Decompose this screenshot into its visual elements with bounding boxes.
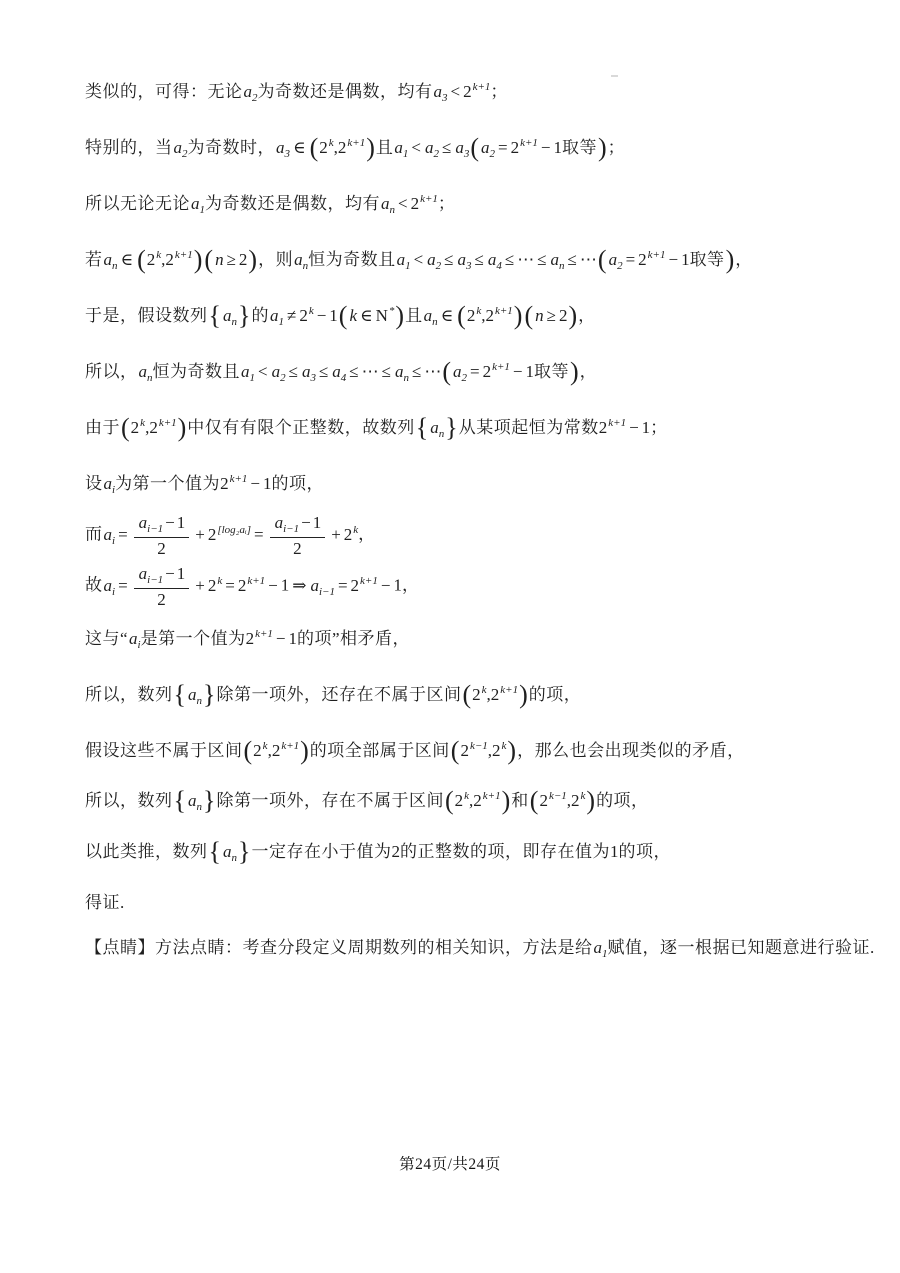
math-variable: k <box>348 306 357 325</box>
math-number: 1 <box>177 564 186 583</box>
math-variable: ai−1 <box>274 513 299 532</box>
cjk-text: 除第一项外，存在不属于区间 <box>216 791 444 810</box>
math-variable: an <box>187 685 202 704</box>
cjk-text: 以此类推，数列 <box>85 842 208 861</box>
math-operator: ≥ <box>227 250 236 269</box>
math-variable: ai−1 <box>138 564 163 583</box>
math-variable: ai <box>128 629 141 648</box>
superscript: k+1 <box>483 790 501 802</box>
cjk-text: ， <box>735 250 753 269</box>
math-variable: n <box>214 250 224 269</box>
cjk-text: 恒为奇数且 <box>308 250 396 269</box>
cjk-text: 为奇数时， <box>188 138 276 157</box>
math-operator: ∈ <box>360 306 373 325</box>
math-operator: = <box>118 525 128 544</box>
superscript: [log₂aᵢ] <box>217 524 251 536</box>
paren: ) <box>299 736 310 765</box>
math-variable: a3 <box>275 138 290 157</box>
paren: ) <box>193 245 204 274</box>
solution-line-12: 所以，数列{an}除第一项外，还存在不属于区间(2k,2k+1)的项， <box>85 679 877 712</box>
superscript: k <box>217 575 222 587</box>
math-number: 2k+1 <box>149 418 176 437</box>
math-operator: ≤ <box>412 362 421 381</box>
paren: ) <box>501 786 512 815</box>
brace: { <box>415 413 429 442</box>
math-number: 2k+1 <box>238 576 265 595</box>
cjk-text: 特别的，当 <box>85 138 173 157</box>
math-operator: < <box>398 194 408 213</box>
math-number: 2k+1 <box>491 685 518 704</box>
cjk-text: 由于 <box>85 418 120 437</box>
math-operator: − <box>165 513 175 532</box>
math-number: 2k−1 <box>460 741 487 760</box>
math-number: 2 <box>391 842 400 861</box>
math-number: ⋯ <box>424 362 441 381</box>
math-operator: − <box>668 250 678 269</box>
cjk-text: 这与“ <box>85 629 128 648</box>
brace: { <box>173 786 187 815</box>
brace: } <box>237 837 251 866</box>
math-number: 2k <box>208 576 222 595</box>
math-operator: ≤ <box>349 362 358 381</box>
math-variable: ai−1 <box>138 513 163 532</box>
subscript: 3 <box>466 260 472 272</box>
math-variable: a2 <box>173 138 188 157</box>
math-variable: an <box>222 306 237 325</box>
math-operator: + <box>195 576 205 595</box>
math-number: 1 <box>289 629 298 648</box>
paren: ) <box>585 786 596 815</box>
cjk-text: 所以， <box>85 362 138 381</box>
solution-line-5: 于是，假设数列{an}的a1≠2k−1(k∈N*)且an∈(2k,2k+1)(n… <box>85 300 877 333</box>
math-variable: an <box>138 362 153 381</box>
math-number: 2k+1 <box>272 741 299 760</box>
cjk-text: 的 <box>251 306 269 325</box>
brace: { <box>208 837 222 866</box>
math-operator: ≤ <box>568 250 577 269</box>
math-number: 2k <box>467 306 481 325</box>
solution-line-4: 若an∈(2k,2k+1)(n≥2)，则an恒为奇数且a1<a2≤a3≤a4≤⋯… <box>85 244 877 277</box>
math-variable: a1 <box>593 938 608 957</box>
subscript: 4 <box>496 260 502 272</box>
math-number: 1 <box>554 138 563 157</box>
cjk-text: 取等 <box>562 138 597 157</box>
cjk-text: 赋值，逐一根据已知题意进行验证. <box>608 938 875 957</box>
math-variable: an <box>394 362 409 381</box>
math-operator: ≤ <box>537 250 546 269</box>
cjk-text: 而 <box>85 525 103 544</box>
fraction-numerator: ai−1−1 <box>270 513 326 538</box>
math-number: 2 <box>157 590 166 609</box>
math-number: 2k+1 <box>351 576 378 595</box>
cjk-text: 所以无论无论 <box>85 194 190 213</box>
brace: { <box>173 680 187 709</box>
subscript: 1 <box>405 260 411 272</box>
math-number: 2k <box>571 791 585 810</box>
math-operator: ⇒ <box>292 576 306 595</box>
superscript: k+1 <box>492 361 510 373</box>
solution-line-13: 假设这些不属于区间(2k,2k+1)的项全部属于区间(2k−1,2k)，那么也会… <box>85 735 877 762</box>
cjk-text: ，那么也会出现类似的矛盾， <box>517 741 745 760</box>
math-variable: an <box>293 250 308 269</box>
subscript: 2 <box>490 148 496 160</box>
cjk-text: 类似的，可得：无论 <box>85 82 243 101</box>
paren: ( <box>243 736 254 765</box>
superscript: k <box>309 305 314 317</box>
math-variable: a3 <box>433 82 448 101</box>
math-number: 2k+1 <box>246 629 273 648</box>
math-number: 1 <box>393 576 402 595</box>
cjk-text: 的项， <box>271 474 324 493</box>
math-variable: a2 <box>608 250 623 269</box>
math-operator: < <box>414 250 424 269</box>
paren: ( <box>456 301 467 330</box>
paren: ( <box>461 680 472 709</box>
cjk-text: 所以，数列 <box>85 685 173 704</box>
fraction: ai−1−12 <box>270 513 326 558</box>
cjk-text: 除第一项外，还存在不属于区间 <box>216 685 461 704</box>
superscript: k+1 <box>495 305 513 317</box>
math-number: ⋯ <box>362 362 379 381</box>
math-number: 2k+1 <box>411 194 438 213</box>
paren: ( <box>444 786 455 815</box>
math-variable: a4 <box>487 250 502 269</box>
math-number: 2k−1 <box>539 791 566 810</box>
cjk-text: 【点睛】方法点睛：考查分段定义周期数列的相关知识，方法是给 <box>85 938 593 957</box>
subscript: 3 <box>310 372 316 384</box>
cjk-text: ， <box>578 306 596 325</box>
superscript: k+1 <box>347 137 365 149</box>
math-variable: ai <box>103 525 116 544</box>
subscript: i−1 <box>147 523 163 535</box>
math-number: 1 <box>681 250 690 269</box>
math-variable: ai <box>103 474 116 493</box>
math-operator: = <box>338 576 348 595</box>
cjk-text: ； <box>650 418 668 437</box>
brace: } <box>237 301 251 330</box>
subscript: 4 <box>341 372 347 384</box>
paren: ) <box>518 680 529 709</box>
cjk-text: 假设这些不属于区间 <box>85 741 243 760</box>
math-operator: + <box>331 525 341 544</box>
math-operator: − <box>381 576 391 595</box>
paren: ) <box>247 245 258 274</box>
math-operator: ≤ <box>475 250 484 269</box>
cjk-text: 的项， <box>596 791 649 810</box>
paren: ) <box>365 133 376 162</box>
math-number: 2k <box>319 138 333 157</box>
cjk-text: ； <box>490 82 508 101</box>
superscript: k+1 <box>520 137 538 149</box>
solution-line-2: 特别的，当a2为奇数时，a3∈(2k,2k+1)且a1<a2≤a3(a2=2k+… <box>85 132 877 165</box>
math-operator: − <box>268 576 278 595</box>
cjk-text: 和 <box>511 791 529 810</box>
math-operator: + <box>195 525 205 544</box>
math-operator: = <box>626 250 636 269</box>
cjk-text: 中仅有有限个正整数，故数列 <box>187 418 415 437</box>
solution-line-7: 由于(2k,2k+1)中仅有有限个正整数，故数列{an}从某项起恒为常数2k+1… <box>85 412 877 445</box>
math-operator: − <box>165 564 175 583</box>
math-number: 2k+1 <box>485 306 512 325</box>
math-operator: − <box>276 629 286 648</box>
math-variable: a1 <box>240 362 255 381</box>
cjk-text: 的项， <box>618 842 671 861</box>
cjk-text: 恒为奇数且 <box>153 362 241 381</box>
math-variable: ai <box>103 576 116 595</box>
fraction-denominator: 2 <box>134 538 190 559</box>
cjk-text: ； <box>608 138 626 157</box>
subscript: n <box>403 372 409 384</box>
math-operator: ≤ <box>505 250 514 269</box>
superscript: k−1 <box>549 790 567 802</box>
math-number: 2k <box>455 791 469 810</box>
cjk-text: ； <box>438 194 456 213</box>
math-variable: an <box>429 418 444 437</box>
cjk-text: 一定存在小于值为 <box>251 842 391 861</box>
math-number: 2k <box>147 250 161 269</box>
paren: ( <box>338 301 349 330</box>
math-number: 1 <box>642 418 651 437</box>
solution-line-15: 以此类推，数列{an}一定存在小于值为2的正整数的项，即存在值为1的项， <box>85 841 877 869</box>
superscript: k+1 <box>175 249 193 261</box>
superscript: k+1 <box>648 249 666 261</box>
math-operator: = <box>254 525 264 544</box>
math-operator: = <box>470 362 480 381</box>
math-operator: ≥ <box>547 306 556 325</box>
math-operator: = <box>118 576 128 595</box>
math-operator: < <box>451 82 461 101</box>
math-number: 2k <box>344 525 358 544</box>
superscript: k+1 <box>360 575 378 587</box>
math-operator: ≤ <box>289 362 298 381</box>
subscript: 2 <box>617 260 623 272</box>
math-number: 2k+1 <box>511 138 538 157</box>
math-variable: a4 <box>331 362 346 381</box>
subscript: i−1 <box>283 523 299 535</box>
paren: ) <box>513 301 524 330</box>
math-operator: = <box>498 138 508 157</box>
subscript: 2 <box>433 148 439 160</box>
subscript: n <box>432 316 438 328</box>
subscript: 3 <box>442 92 448 104</box>
math-number: ⋯ <box>580 250 597 269</box>
math-variable: an <box>103 250 118 269</box>
math-number: 2k+1 <box>599 418 626 437</box>
paren: ( <box>523 301 534 330</box>
subscript: 2 <box>436 260 442 272</box>
paren: ) <box>597 133 608 162</box>
math-operator: < <box>258 362 268 381</box>
paren: ) <box>506 736 517 765</box>
paren: ( <box>597 245 608 274</box>
document-page: 类似的，可得：无论a2为奇数还是偶数，均有a3<2k+1；特别的，当a2为奇数时… <box>0 0 900 1273</box>
cjk-text: 于是，假设数列 <box>85 306 208 325</box>
math-operator: ∈ <box>293 138 306 157</box>
paren: ) <box>569 357 580 386</box>
fraction-numerator: ai−1−1 <box>134 564 190 589</box>
math-number: 1 <box>177 513 186 532</box>
cjk-text: ， <box>358 525 376 544</box>
cjk-text: 若 <box>85 250 103 269</box>
math-number: 2k+1 <box>638 250 665 269</box>
math-number: 2k+1 <box>463 82 490 101</box>
math-number: 2k <box>131 418 145 437</box>
subscript: n <box>559 260 565 272</box>
cjk-text: 的项全部属于区间 <box>310 741 450 760</box>
subscript: 3 <box>285 148 291 160</box>
math-operator: < <box>411 138 421 157</box>
cjk-text: 且 <box>405 306 423 325</box>
math-number: 1 <box>525 362 534 381</box>
cjk-text: 所以，数列 <box>85 791 173 810</box>
math-operator: − <box>541 138 551 157</box>
paren: ( <box>441 357 452 386</box>
cjk-text: 为第一个值为 <box>115 474 220 493</box>
math-variable: a2 <box>480 138 495 157</box>
math-number: 2k <box>492 741 506 760</box>
math-number: 2k <box>299 306 313 325</box>
math-number: N* <box>376 306 395 325</box>
math-number: 2 <box>157 539 166 558</box>
math-variable: an <box>380 194 395 213</box>
solution-line-6: 所以，an恒为奇数且a1<a2≤a3≤a4≤⋯≤an≤⋯(a2=2k+1−1取等… <box>85 356 877 389</box>
math-variable: a2 <box>424 138 439 157</box>
paren: ) <box>725 245 736 274</box>
cjk-text: 故 <box>85 576 103 595</box>
brace: } <box>202 786 216 815</box>
math-number: 2[log₂aᵢ] <box>208 525 251 544</box>
cjk-text: 设 <box>85 474 103 493</box>
superscript: k+1 <box>281 740 299 752</box>
cjk-text: 从某项起恒为常数 <box>459 418 599 437</box>
subscript: i−1 <box>147 574 163 586</box>
solution-line-1: 类似的，可得：无论a2为奇数还是偶数，均有a3<2k+1； <box>85 76 877 109</box>
solution-line-3: 所以无论无论a1为奇数还是偶数，均有an<2k+1； <box>85 188 877 221</box>
subscript: 2 <box>280 372 286 384</box>
paren: ( <box>309 133 320 162</box>
cjk-text: 的项”相矛盾， <box>297 629 410 648</box>
math-operator: − <box>250 474 260 493</box>
cjk-text: 的项， <box>529 685 582 704</box>
math-number: 2k+1 <box>165 250 192 269</box>
paren: ) <box>567 301 578 330</box>
solution-line-9: 而ai=ai−1−12+2[log₂aᵢ]=ai−1−12+2k， <box>85 513 877 558</box>
math-variable: a1 <box>393 138 408 157</box>
solution-line-16: 得证. <box>85 892 877 914</box>
fraction-denominator: 2 <box>134 589 190 610</box>
math-number: 2k <box>472 685 486 704</box>
math-operator: ≤ <box>382 362 391 381</box>
superscript: k+1 <box>608 417 626 429</box>
fraction-denominator: 2 <box>270 538 326 559</box>
subscript: 1 <box>250 372 256 384</box>
solution-line-14: 所以，数列{an}除第一项外，存在不属于区间(2k,2k+1)和(2k−1,2k… <box>85 785 877 818</box>
superscript: k+1 <box>473 81 491 93</box>
fraction: ai−1−12 <box>134 564 190 609</box>
brace: } <box>444 413 458 442</box>
solution-line-11: 这与“ai是第一个值为2k+1−1的项”相矛盾， <box>85 623 877 656</box>
paren: ( <box>203 245 214 274</box>
solution-line-10: 故ai=ai−1−12+2k=2k+1−1⇒ai−1=2k+1−1， <box>85 564 877 609</box>
math-operator: − <box>301 513 311 532</box>
math-number: 1 <box>329 306 338 325</box>
subscript: i−1 <box>319 586 335 598</box>
subscript: i <box>112 586 115 598</box>
math-variable: ai−1 <box>309 576 334 595</box>
subscript: 1 <box>403 148 409 160</box>
subscript: 2 <box>461 372 467 384</box>
math-variable: a2 <box>426 250 441 269</box>
math-variable: a1 <box>190 194 205 213</box>
superscript: k+1 <box>500 684 518 696</box>
paren: ) <box>394 301 405 330</box>
subscript: 1 <box>278 316 284 328</box>
superscript: k+1 <box>230 473 248 485</box>
superscript: k+1 <box>247 575 265 587</box>
cjk-text: 的正整数的项，即存在值为 <box>400 842 610 861</box>
cjk-text: 为奇数还是偶数，均有 <box>205 194 380 213</box>
solution-line-8: 设ai为第一个值为2k+1−1的项， <box>85 468 877 501</box>
math-variable: a1 <box>269 306 284 325</box>
cjk-text: 为奇数还是偶数，均有 <box>258 82 433 101</box>
cjk-text: ， <box>402 576 420 595</box>
superscript: k+1 <box>159 417 177 429</box>
math-number: 2k+1 <box>473 791 500 810</box>
math-operator: ≤ <box>444 250 453 269</box>
math-operator: ≤ <box>319 362 328 381</box>
superscript: k+1 <box>255 628 273 640</box>
math-variable: a3 <box>457 250 472 269</box>
math-operator: ∈ <box>121 250 134 269</box>
math-number: 2k+1 <box>483 362 510 381</box>
math-variable: an <box>222 842 237 861</box>
math-operator: ≤ <box>442 138 451 157</box>
math-operator: ∈ <box>441 306 454 325</box>
page-footer: 第24页/共24页 <box>0 1152 900 1174</box>
cjk-text: ，则 <box>258 250 293 269</box>
math-operator: − <box>629 418 639 437</box>
subscript: n <box>390 204 396 216</box>
math-operator: − <box>317 306 327 325</box>
brace: } <box>202 680 216 709</box>
paren: ( <box>120 413 131 442</box>
math-variable: a3 <box>301 362 316 381</box>
solution-content: 类似的，可得：无论a2为奇数还是偶数，均有a3<2k+1；特别的，当a2为奇数时… <box>85 76 877 988</box>
fraction-numerator: ai−1−1 <box>134 513 190 538</box>
paren: ( <box>450 736 461 765</box>
cjk-text: ， <box>580 362 598 381</box>
superscript: k−1 <box>470 740 488 752</box>
math-operator: ≠ <box>287 306 296 325</box>
solution-line-17: 【点睛】方法点睛：考查分段定义周期数列的相关知识，方法是给a1赋值，逐一根据已知… <box>85 937 877 965</box>
math-variable: a2 <box>452 362 467 381</box>
cjk-text: 且 <box>376 138 394 157</box>
brace: { <box>208 301 222 330</box>
paren: ( <box>469 133 480 162</box>
math-variable: an <box>550 250 565 269</box>
math-number: 2k <box>253 741 267 760</box>
math-number: 1 <box>313 513 322 532</box>
math-variable: an <box>187 791 202 810</box>
math-variable: a3 <box>454 138 469 157</box>
math-variable: an <box>423 306 438 325</box>
math-number: 2 <box>293 539 302 558</box>
cjk-text: 取等 <box>534 362 569 381</box>
cjk-text: 是第一个值为 <box>141 629 246 648</box>
math-number: 1 <box>281 576 290 595</box>
cjk-text: 得证. <box>85 893 125 912</box>
cjk-text: 取等 <box>690 250 725 269</box>
